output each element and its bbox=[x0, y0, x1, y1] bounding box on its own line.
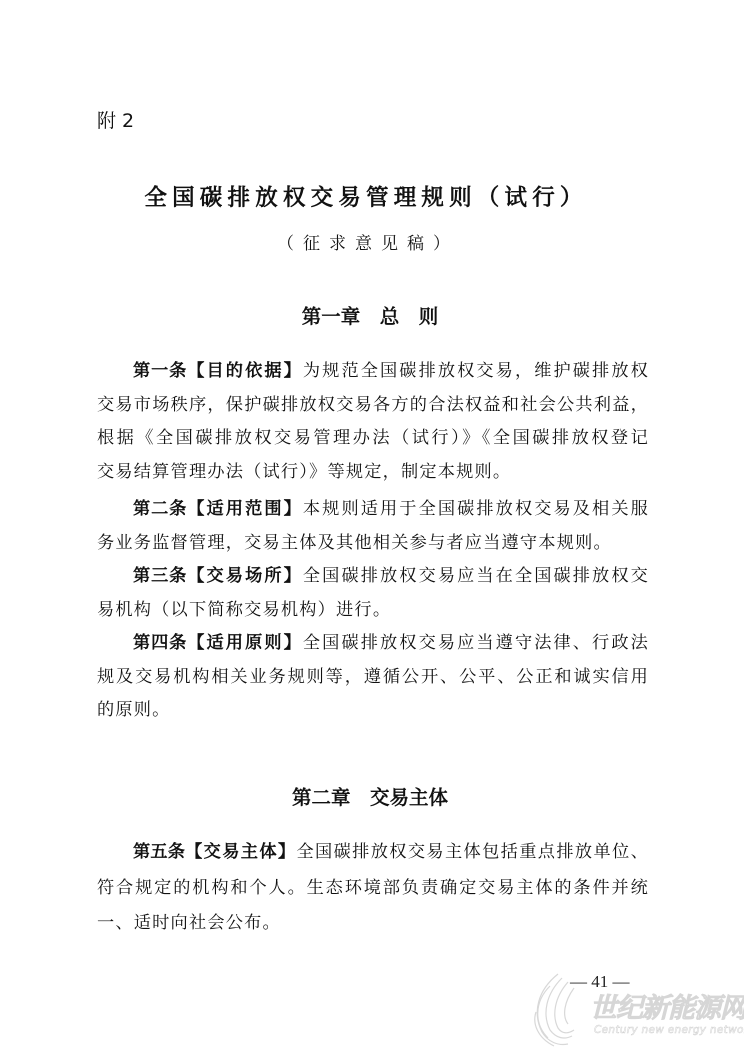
article-line: 交易市场秩序，保护碳排放权交易各方的合法权益和社会公共利益， bbox=[97, 389, 649, 423]
article-number: 第三条 bbox=[133, 566, 187, 586]
article-line: 规及交易机构相关业务规则等，遵循公开、公平、公正和诚实信用 bbox=[97, 661, 649, 695]
article-2: 第二条【适用范围】本规则适用于全国碳排放权交易及相关服 务业务监督管理，交易主体… bbox=[97, 493, 649, 560]
page-number: — 41 — bbox=[570, 971, 630, 993]
watermark-name-cn: 世纪新能源网 bbox=[590, 994, 744, 1024]
article-line: 第五条【交易主体】全国碳排放权交易主体包括重点排放单位、 bbox=[97, 835, 649, 871]
chapter-heading-text: 第一章 总 则 bbox=[302, 305, 439, 328]
article-text: 为规范全国碳排放权交易，维护碳排放权 bbox=[303, 361, 649, 381]
article-topic: 【目的依据】 bbox=[187, 361, 303, 381]
attachment-label: 附 2 bbox=[97, 109, 134, 133]
article-text: 本规则适用于全国碳排放权交易及相关服 bbox=[303, 499, 649, 519]
article-number: 第一条 bbox=[133, 361, 187, 381]
document-subtitle-text: （征求意见稿） bbox=[277, 234, 459, 254]
article-topic: 【适用范围】 bbox=[187, 499, 303, 519]
article-line: 第四条【适用原则】全国碳排放权交易应当遵守法律、行政法 bbox=[97, 627, 649, 661]
article-number: 第二条 bbox=[133, 499, 187, 519]
article-line: 第一条【目的依据】为规范全国碳排放权交易，维护碳排放权 bbox=[97, 355, 649, 389]
article-1: 第一条【目的依据】为规范全国碳排放权交易，维护碳排放权 交易市场秩序，保护碳排放… bbox=[97, 355, 649, 489]
article-line: 根据《全国碳排放权交易管理办法（试行）》《全国碳排放权登记 bbox=[97, 422, 649, 456]
document-subtitle: （征求意见稿） bbox=[0, 232, 744, 256]
article-line: 第三条【交易场所】全国碳排放权交易应当在全国碳排放权交 bbox=[97, 560, 649, 594]
article-number: 第五条 bbox=[133, 842, 185, 862]
chapter-heading-2: 第二章 交易主体 bbox=[0, 786, 744, 810]
watermark: 世纪新能源网 Century new energy network bbox=[528, 972, 742, 1050]
article-text: 全国碳排放权交易主体包括重点排放单位、 bbox=[296, 842, 649, 862]
article-text: 全国碳排放权交易应当遵守法律、行政法 bbox=[303, 633, 649, 653]
article-topic: 【适用原则】 bbox=[187, 633, 303, 653]
article-number: 第四条 bbox=[133, 633, 187, 653]
article-line: 符合规定的机构和个人。生态环境部负责确定交易主体的条件并统 bbox=[97, 871, 649, 907]
article-line: 交易结算管理办法（试行）》等规定，制定本规则。 bbox=[97, 456, 649, 490]
article-line: 一、适时向社会公布。 bbox=[97, 906, 649, 942]
chapter-heading-1: 第一章 总 则 bbox=[0, 305, 744, 329]
article-line: 第二条【适用范围】本规则适用于全国碳排放权交易及相关服 bbox=[97, 493, 649, 527]
article-text: 全国碳排放权交易应当在全国碳排放权交 bbox=[303, 566, 649, 586]
chapter-heading-text: 第二章 交易主体 bbox=[292, 786, 448, 809]
watermark-name-en: Century new energy network bbox=[594, 1024, 744, 1036]
article-3: 第三条【交易场所】全国碳排放权交易应当在全国碳排放权交 易机构（以下简称交易机构… bbox=[97, 560, 649, 627]
document-title-text: 全国碳排放权交易管理规则（试行） bbox=[144, 185, 587, 211]
article-topic: 【交易场所】 bbox=[187, 566, 303, 586]
article-5: 第五条【交易主体】全国碳排放权交易主体包括重点排放单位、 符合规定的机构和个人。… bbox=[97, 835, 649, 942]
document-page: 附 2 全国碳排放权交易管理规则（试行） （征求意见稿） 第一章 总 则 第一条… bbox=[0, 0, 744, 1052]
article-line: 的原则。 bbox=[97, 694, 649, 728]
article-topic: 【交易主体】 bbox=[185, 842, 296, 862]
article-4: 第四条【适用原则】全国碳排放权交易应当遵守法律、行政法 规及交易机构相关业务规则… bbox=[97, 627, 649, 728]
document-title: 全国碳排放权交易管理规则（试行） bbox=[0, 184, 744, 212]
article-line: 务业务监督管理，交易主体及其他相关参与者应当遵守本规则。 bbox=[97, 527, 649, 561]
article-line: 易机构（以下简称交易机构）进行。 bbox=[97, 594, 649, 628]
